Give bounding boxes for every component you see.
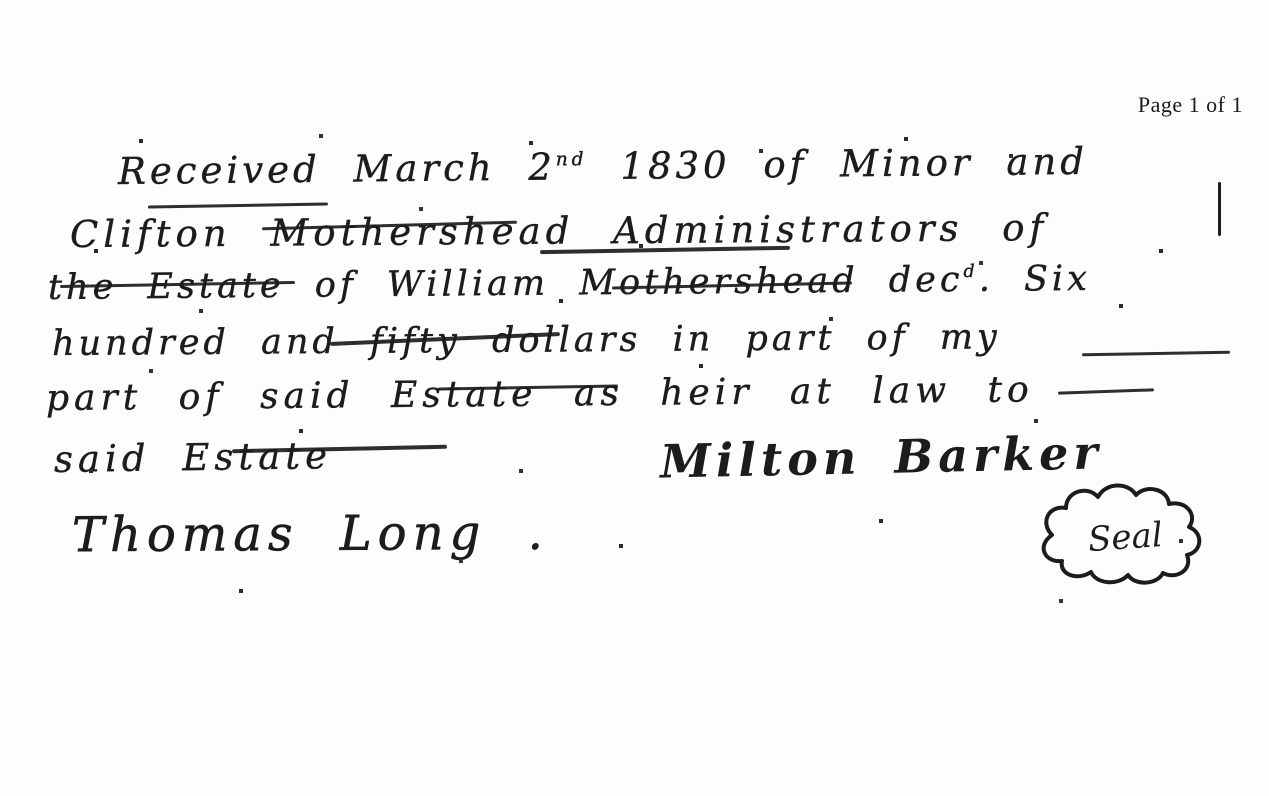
handwriting-line-6: said Estate xyxy=(54,434,333,481)
scanned-document-page: Page 1 of 1 Received March 2nd 1830 of M… xyxy=(0,0,1269,796)
line-text: 1830 of Minor and xyxy=(587,140,1088,188)
scan-artifact-tick xyxy=(1218,182,1221,236)
pen-stroke xyxy=(1058,388,1154,394)
page-indicator: Page 1 of 1 xyxy=(1138,92,1243,118)
pen-stroke xyxy=(1082,351,1230,357)
line-text: said Estate xyxy=(54,434,333,481)
witness-signature-thomas-long: Thomas Long . xyxy=(72,505,549,563)
line-text: hundred and fifty dollars in part of my xyxy=(52,317,1001,364)
line-text: . Six xyxy=(979,259,1092,300)
line-text: Clifton Mothershead Administrators of xyxy=(70,206,1048,256)
pen-stroke xyxy=(148,202,328,208)
handwriting-line-5: part of said Estate as heir at law to xyxy=(46,369,1034,419)
seal-stamp: Seal xyxy=(1030,477,1208,591)
line-text: Received March 2 xyxy=(118,145,556,193)
seal-label: Seal xyxy=(1087,515,1164,560)
superscript: nd xyxy=(556,149,588,170)
line-text: part of said Estate as heir at law to xyxy=(46,369,1034,419)
scan-noise-specks xyxy=(0,0,2,2)
superscript: d xyxy=(963,262,978,282)
handwriting-line-2: Clifton Mothershead Administrators of xyxy=(70,206,1048,256)
handwriting-line-1: Received March 2nd 1830 of Minor and xyxy=(118,140,1088,193)
handwriting-line-4: hundred and fifty dollars in part of my xyxy=(52,317,1001,364)
